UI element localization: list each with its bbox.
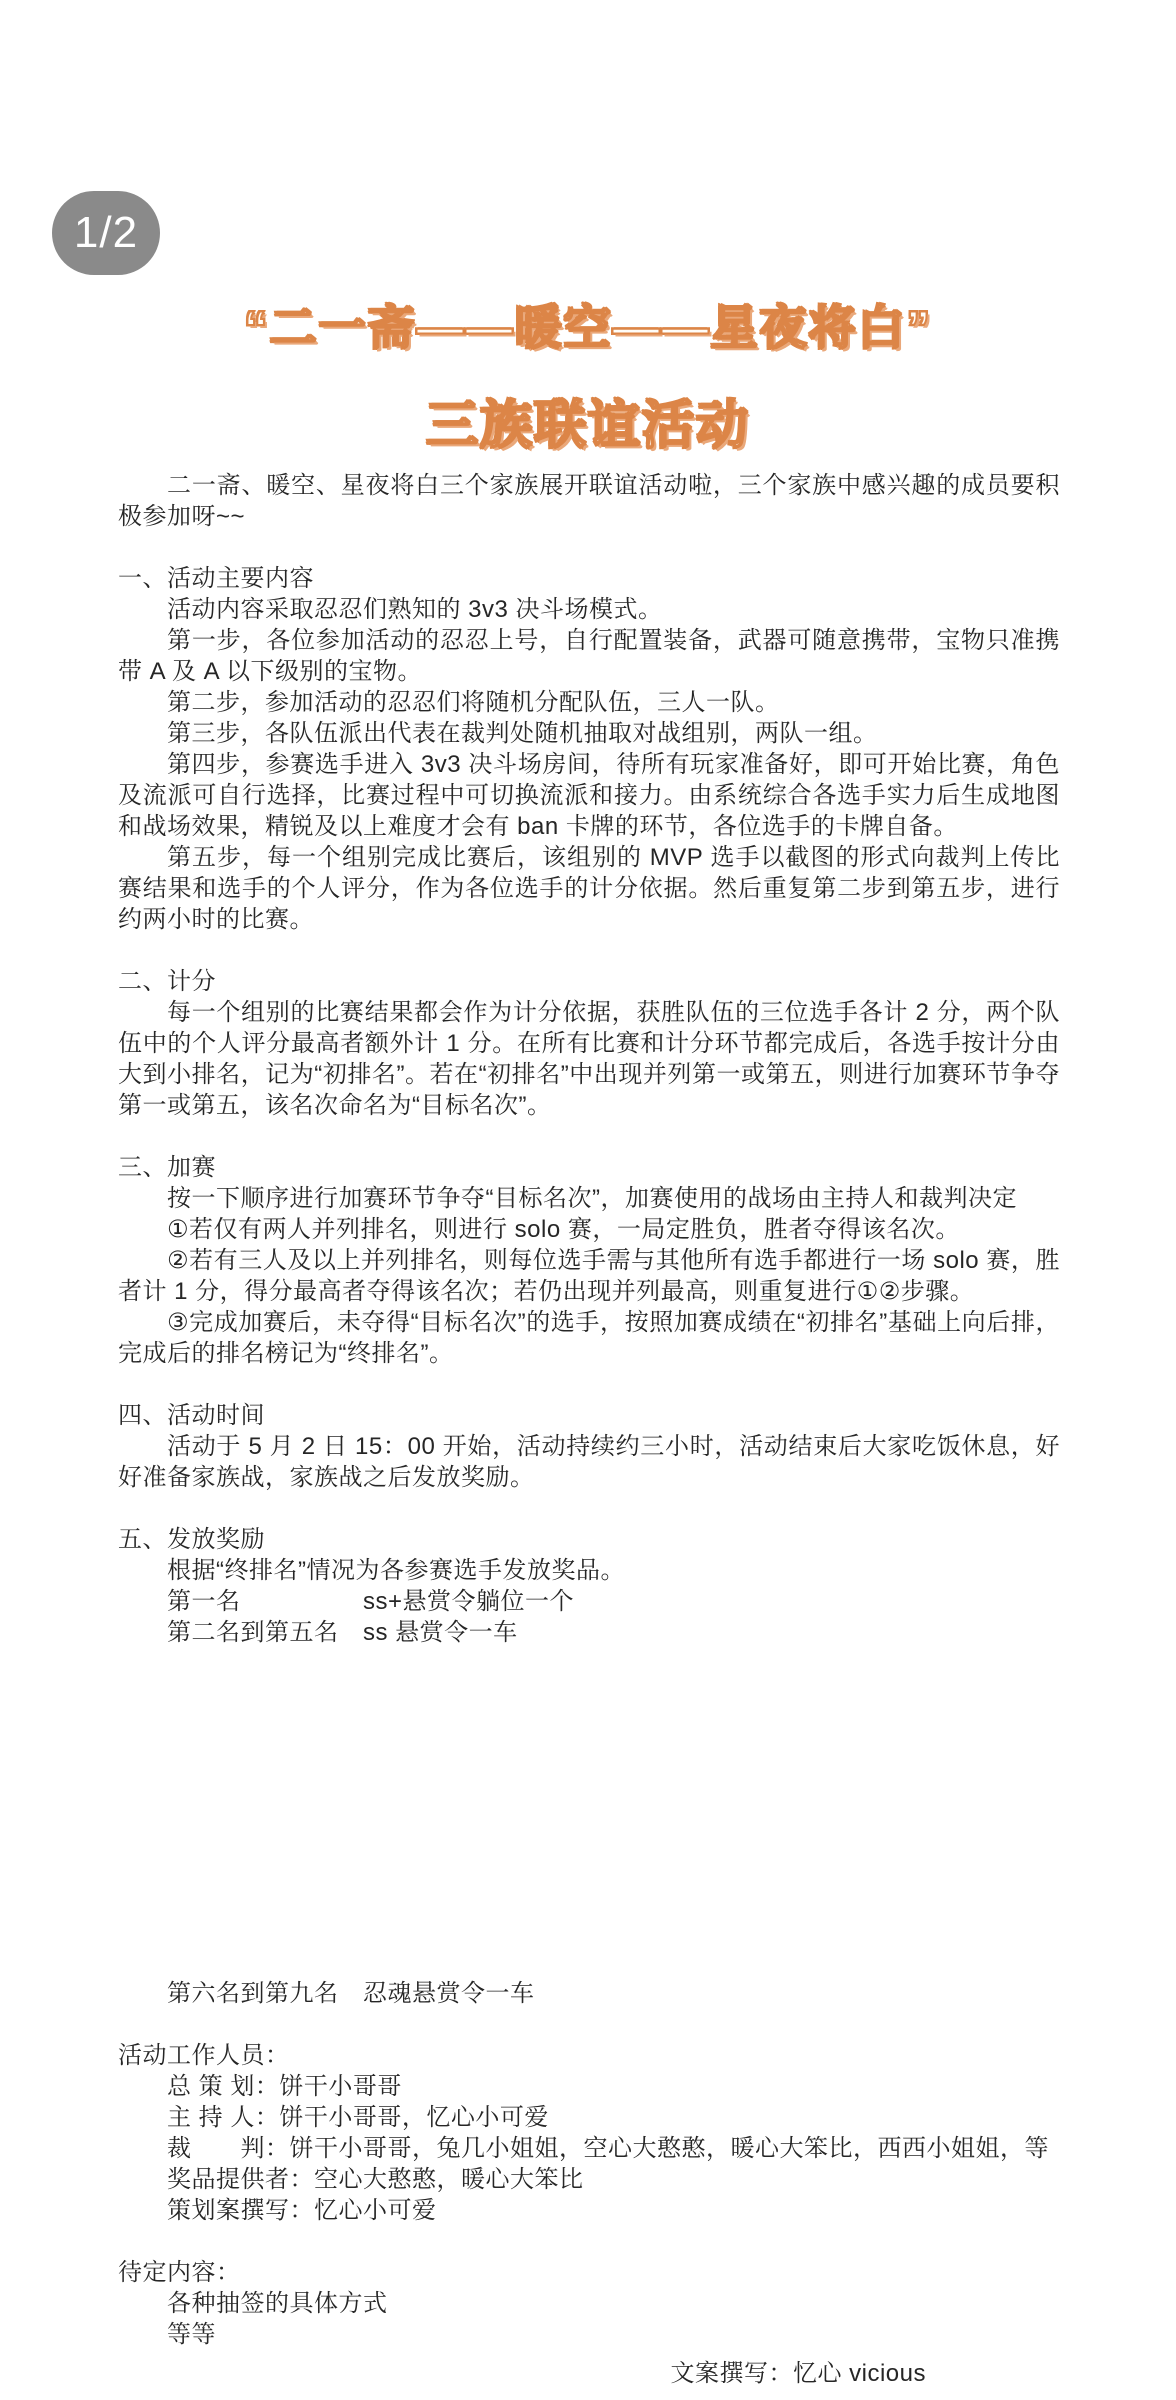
spacer [118,1369,1060,1400]
large-spacer [118,1648,1060,1978]
paragraph-step-1: 第一步，各位参加活动的忍忍上号，自行配置装备，武器可随意携带，宝物只准携带 A … [118,625,1060,687]
paragraph-step-4: 第四步，参赛选手进入 3v3 决斗场房间，待所有玩家准备好，即可开始比赛，角色及… [118,749,1060,842]
staff-row-planner: 总 策 划：饼干小哥哥 [118,2071,1060,2102]
page-number-badge: 1/2 [52,191,160,275]
copywriter-credit: 文案撰写：忆心 vicious [118,2358,1060,2389]
paragraph-rule-1: ①若仅有两人并列排名，则进行 solo 赛，一局定胜负，胜者夺得该名次。 [118,1214,1060,1245]
spacer [118,532,1060,563]
paragraph-step-5: 第五步，每一个组别完成比赛后，该组别的 MVP 选手以截图的形式向裁判上传比赛结… [118,842,1060,935]
intro-paragraph: 二一斋、暖空、星夜将白三个家族展开联谊活动啦，三个家族中感兴趣的成员要积极参加呀… [118,470,1060,532]
pending-section-label: 待定内容： [118,2257,1060,2288]
staff-row-referee: 裁 判：饼干小哥哥，兔几小姐姐，空心大憨憨，暖心大笨比，西西小姐姐，等 [118,2133,1060,2164]
title-line-2: 三族联谊活动 [0,394,1176,458]
prize-row-sixth-ninth: 第六名到第九名 忍魂悬赏令一车 [118,1978,1060,2009]
staff-row-prize-provider: 奖品提供者：空心大憨憨，暖心大笨比 [118,2164,1060,2195]
title-line-1: “二一斋——暖空——星夜将白” [0,296,1176,360]
section-heading-3: 三、加赛 [118,1152,1060,1183]
section-heading-5: 五、发放奖励 [118,1524,1060,1555]
prize-row-first: 第一名 ss+悬赏令躺位一个 [118,1586,1060,1617]
paragraph: 活动于 5 月 2 日 15：00 开始，活动持续约三小时，活动结束后大家吃饭休… [118,1431,1060,1493]
document-body: 二一斋、暖空、星夜将白三个家族展开联谊活动啦，三个家族中感兴趣的成员要积极参加呀… [118,470,1060,2389]
staff-section-label: 活动工作人员： [118,2040,1060,2071]
paragraph: 按一下顺序进行加赛环节争夺“目标名次”，加赛使用的战场由主持人和裁判决定 [118,1183,1060,1214]
spacer [118,935,1060,966]
paragraph-rule-2: ②若有三人及以上并列排名，则每位选手需与其他所有选手都进行一场 solo 赛，胜… [118,1245,1060,1307]
spacer [118,2226,1060,2257]
prize-row-second-fifth: 第二名到第五名 ss 悬赏令一车 [118,1617,1060,1648]
paragraph-rule-3: ③完成加赛后，未夺得“目标名次”的选手，按照加赛成绩在“初排名”基础上向后排，完… [118,1307,1060,1369]
staff-row-proposal-writer: 策划案撰写：忆心小可爱 [118,2195,1060,2226]
document-title: “二一斋——暖空——星夜将白” 三族联谊活动 [0,296,1176,458]
pending-item: 各种抽签的具体方式 [118,2288,1060,2319]
section-heading-1: 一、活动主要内容 [118,563,1060,594]
paragraph: 每一个组别的比赛结果都会作为计分依据，获胜队伍的三位选手各计 2 分，两个队伍中… [118,997,1060,1121]
paragraph: 活动内容采取忍忍们熟知的 3v3 决斗场模式。 [118,594,1060,625]
section-heading-2: 二、计分 [118,966,1060,997]
spacer [118,1493,1060,1524]
staff-row-host: 主 持 人：饼干小哥哥，忆心小可爱 [118,2102,1060,2133]
page-number-label: 1/2 [74,208,138,258]
spacer [118,1121,1060,1152]
paragraph-step-2: 第二步，参加活动的忍忍们将随机分配队伍，三人一队。 [118,687,1060,718]
paragraph-step-3: 第三步，各队伍派出代表在裁判处随机抽取对战组别，两队一组。 [118,718,1060,749]
section-heading-4: 四、活动时间 [118,1400,1060,1431]
pending-item: 等等 [118,2319,1060,2350]
spacer [118,2009,1060,2040]
paragraph: 根据“终排名”情况为各参赛选手发放奖品。 [118,1555,1060,1586]
